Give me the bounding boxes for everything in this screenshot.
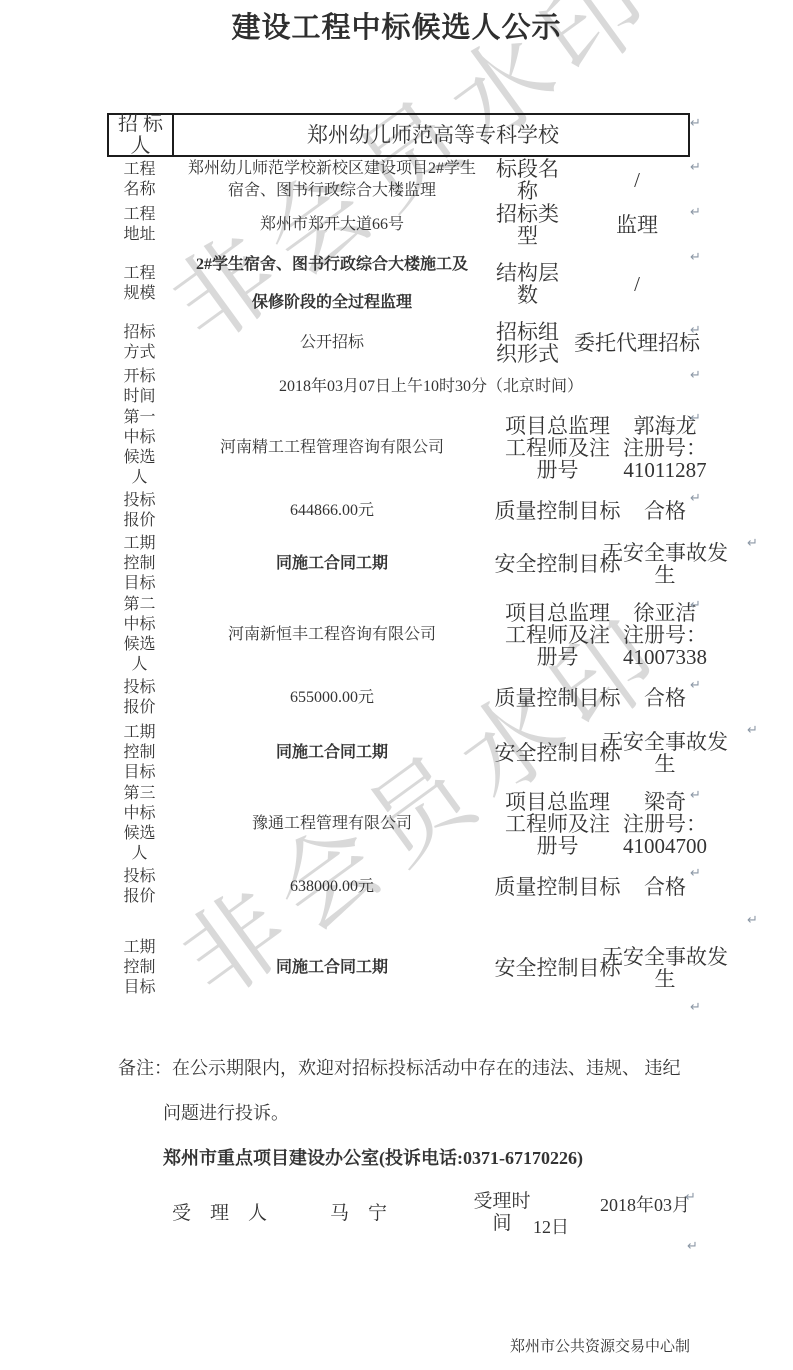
table-row: 工程 名称郑州幼儿师范学校新校区建设项目2#学生 宿舍、图书行政综合大楼监理标段… [107,157,690,202]
table-row: 招标 方式公开招标招标组 织形式委托代理招标 [107,320,690,365]
paragraph-mark-icon: ↵ [690,599,701,612]
sub-value-cell: 合格 [598,675,732,720]
row-value-cell: 公开招标 [172,320,492,365]
paragraph-mark-icon: ↵ [690,251,701,264]
paragraph-mark-icon: ↵ [690,369,701,382]
sub-value-cell: 郭海龙 注册号： 41011287 [598,408,732,488]
paragraph-mark-icon: ↵ [690,117,701,130]
paragraph-mark-icon: ↵ [690,1001,701,1014]
paragraph-mark-icon: ↵ [690,492,701,505]
paragraph-mark-icon: ↵ [690,412,701,425]
table-row: 开标 时间2018年03月07日上午10时30分（北京时间） [107,365,690,408]
sub-label-cell: 结构层 数 [485,247,570,320]
sub-label-cell: 标段名 称 [485,157,570,202]
paragraph-mark-icon: ↵ [747,724,758,737]
row-value-cell: 郑州幼儿师范高等专科学校 [174,115,692,155]
row-value-cell: 同施工合同工期 [172,910,492,1025]
remark-line-2: 问题进行投诉。 [163,1101,289,1125]
table-row: 投标 报价644866.00元质量控制目标合格 [107,488,690,533]
sub-label-cell: 招标组 织形式 [485,320,570,365]
row-label-cell: 工期 控制 目标 [107,533,172,595]
paragraph-mark-icon: ↵ [685,1191,696,1204]
table-row: 第二 中标 候选 人河南新恒丰工程咨询有限公司项目总监理 工程师及注 册号徐亚洁… [107,595,690,675]
row-value-cell: 同施工合同工期 [172,720,492,785]
sub-value-cell: 委托代理招标 [574,320,700,365]
row-label-cell: 工程 规模 [107,247,172,320]
document-title: 建设工程中标候选人公示 [0,8,793,48]
acceptance-date-line2: 12日 [533,1213,569,1239]
paragraph-mark-icon: ↵ [690,324,701,337]
paragraph-mark-icon: ↵ [747,914,758,927]
document-page: 非会员水印 非会员水印 建设工程中标候选人公示 招 标 人郑州幼儿师范高等专科学… [0,0,793,1370]
row-label-cell: 工期 控制 目标 [107,910,172,1025]
row-label-cell: 工程 名称 [107,157,172,202]
row-label-cell: 工期 控制 目标 [107,720,172,785]
table-row: 工期 控制 目标同施工合同工期安全控制目标无安全事故发 生 [107,910,690,1025]
office-contact-line: 郑州市重点项目建设办公室(投诉电话:0371-67170226) [163,1146,583,1170]
table-row: 工程 规模2#学生宿舍、图书行政综合大楼施工及 保修阶段的全过程监理结构层 数/ [107,247,690,320]
acceptance-time-label: 受理时间 [470,1191,534,1235]
sub-value-cell: 无安全事故发 生 [598,910,732,1025]
row-value-cell: 2#学生宿舍、图书行政综合大楼施工及 保修阶段的全过程监理 [172,247,492,320]
row-label-cell: 招标 方式 [107,320,172,365]
row-label-cell: 投标 报价 [107,675,172,720]
table-row: 投标 报价655000.00元质量控制目标合格 [107,675,690,720]
acceptance-date-line1: 2018年03月 [600,1191,690,1217]
row-value-cell: 638000.00元 [172,863,492,910]
paragraph-mark-icon: ↵ [690,161,701,174]
row-value-cell: 655000.00元 [172,675,492,720]
table-row: 投标 报价638000.00元质量控制目标合格 [107,863,690,910]
paragraph-mark-icon: ↵ [690,789,701,802]
table-row: 第一 中标 候选 人河南精工工程管理咨询有限公司项目总监理 工程师及注 册号郭海… [107,408,690,488]
acceptance-person-name: 马 宁 [330,1198,387,1225]
issuer-footer: 郑州市公共资源交易中心制 [510,1335,690,1356]
row-label-cell: 招 标 人 [109,115,174,155]
table-row: 招 标 人郑州幼儿师范高等专科学校 [107,113,690,157]
sub-value-cell: 无安全事故发 生 [598,720,732,785]
table-row: 工期 控制 目标同施工合同工期安全控制目标无安全事故发 生 [107,720,690,785]
row-value-cell: 644866.00元 [172,488,492,533]
row-label-cell: 投标 报价 [107,863,172,910]
table-row: 第三 中标 候选 人豫通工程管理有限公司项目总监理 工程师及注 册号梁奇 注册号… [107,785,690,863]
paragraph-mark-icon: ↵ [747,537,758,550]
sub-value-cell: / [574,247,700,320]
remark-line-1: 备注：在公示期限内，欢迎对招标投标活动中存在的违法、违规、 违纪 [118,1056,681,1080]
row-value-cell: 豫通工程管理有限公司 [172,785,492,863]
table-row: 工期 控制 目标同施工合同工期安全控制目标无安全事故发 生 [107,533,690,595]
sub-value-cell: / [574,157,700,202]
sub-value-cell: 梁奇 注册号： 41004700 [598,785,732,863]
row-value-cell: 河南新恒丰工程咨询有限公司 [172,595,492,675]
sub-value-cell: 无安全事故发 生 [598,533,732,595]
sub-value-cell: 合格 [598,863,732,910]
paragraph-mark-icon: ↵ [687,1240,698,1253]
row-value-cell: 河南精工工程管理咨询有限公司 [172,408,492,488]
row-value-cell: 郑州幼儿师范学校新校区建设项目2#学生 宿舍、图书行政综合大楼监理 [172,157,492,202]
sub-value-cell: 监理 [574,202,700,247]
sub-label-cell: 招标类 型 [485,202,570,247]
paragraph-mark-icon: ↵ [690,679,701,692]
table-row: 工程 地址郑州市郑开大道66号招标类 型监理 [107,202,690,247]
row-label-cell: 第一 中标 候选 人 [107,408,172,488]
paragraph-mark-icon: ↵ [690,867,701,880]
row-value-cell: 2018年03月07日上午10时30分（北京时间） [172,365,690,408]
row-label-cell: 投标 报价 [107,488,172,533]
row-value-cell: 郑州市郑开大道66号 [172,202,492,247]
sub-value-cell: 合格 [598,488,732,533]
paragraph-mark-icon: ↵ [690,206,701,219]
acceptance-person-label: 受 理 人 [172,1198,267,1225]
row-label-cell: 第二 中标 候选 人 [107,595,172,675]
row-value-cell: 同施工合同工期 [172,533,492,595]
row-label-cell: 第三 中标 候选 人 [107,785,172,863]
row-label-cell: 开标 时间 [107,365,172,408]
sub-value-cell: 徐亚洁 注册号： 41007338 [598,595,732,675]
row-label-cell: 工程 地址 [107,202,172,247]
